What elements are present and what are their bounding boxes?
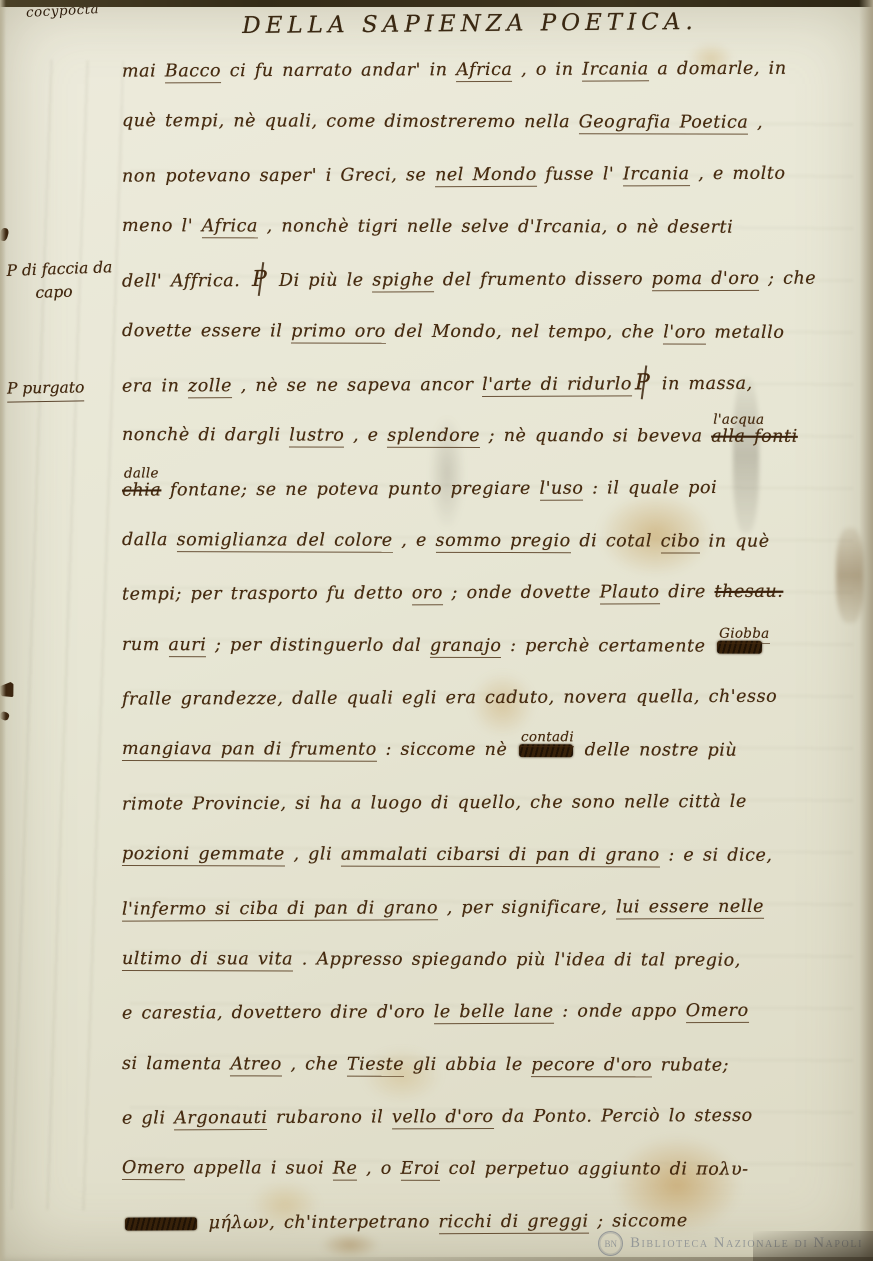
text-segment: alla fontil'acqua xyxy=(711,427,798,447)
text-segment: gli abbia le xyxy=(404,1054,531,1074)
manuscript-line: dovette essere il primo oro del Mondo, n… xyxy=(122,305,859,359)
text-segment: nonchè di dargli xyxy=(122,425,289,445)
page-edge-top xyxy=(0,0,873,7)
manuscript-line: pozioni gemmate , gli ammalati cibarsi d… xyxy=(122,828,859,882)
text-segment: non potevano saper' i Greci, se xyxy=(122,165,435,186)
text-segment: nel Mondo xyxy=(435,164,537,186)
text-segment: fusse l' xyxy=(537,164,623,184)
text-segment: : perchè certamente xyxy=(501,636,714,657)
text-segment: lui essere nelle xyxy=(616,896,764,919)
text-segment: a domarle, in xyxy=(649,59,787,80)
text-segment: , e molto xyxy=(690,163,786,183)
text-segment: Re xyxy=(333,1159,358,1181)
paragraph-mark: P xyxy=(632,357,654,409)
text-segment: tempi; per trasporto fu detto xyxy=(122,584,412,605)
text-segment: splendore xyxy=(387,426,480,448)
text-segment: Atreo xyxy=(230,1054,281,1076)
manuscript-line: mangiava pan di frumento : siccome nè co… xyxy=(122,724,859,778)
text-segment: dire xyxy=(660,582,715,602)
text-segment: l'uso xyxy=(539,478,583,500)
manuscript-line: nonchè di dargli lustro , e splendore ; … xyxy=(122,409,859,463)
text-segment: pecore d'oro xyxy=(531,1055,652,1077)
manuscript-line: mai Bacco ci fu narrato andar' in Africa… xyxy=(122,42,859,98)
margin-note-line: P purgato xyxy=(7,376,85,403)
text-segment: primo oro xyxy=(291,321,386,343)
page-corner-shadow xyxy=(753,1231,873,1261)
text-segment: Di più le xyxy=(270,271,372,291)
text-segment: meno l' xyxy=(122,216,202,236)
text-segment: sommo pregio xyxy=(436,531,571,553)
text-segment: . Appresso spiegando più l'idea di tal p… xyxy=(293,949,741,970)
margin-note-line: capo xyxy=(7,279,114,306)
bleedthrough-margin xyxy=(0,59,124,1211)
text-segment: : onde appo xyxy=(554,1001,686,1022)
manuscript-line: dell' Affrica. P Di più le spighe del fr… xyxy=(122,252,859,308)
text-segment: Eroi xyxy=(400,1159,440,1181)
text-segment: lustro xyxy=(289,426,344,448)
manuscript-line: dalla somiglianza del colore , e sommo p… xyxy=(122,514,859,568)
text-segment: Argonauti xyxy=(174,1108,267,1130)
text-segment: fralle grandezze, dalle quali egli era c… xyxy=(122,687,777,710)
library-logo-icon: BN xyxy=(598,1231,623,1256)
text-segment: e gli xyxy=(122,1108,174,1128)
manuscript-line: fralle grandezze, dalle quali egli era c… xyxy=(122,671,859,727)
text-segment: , per significare, xyxy=(438,897,616,918)
text-segment: mangiava pan di frumento xyxy=(122,740,377,763)
text-segment: Bacco xyxy=(165,61,221,83)
text-segment: ; per distinguerlo dal xyxy=(206,635,430,656)
text-segment: era in xyxy=(122,376,188,396)
interline-insertion: contadi xyxy=(521,732,574,748)
text-segment: , che xyxy=(282,1054,347,1074)
text-segment: ammalati cibarsi di pan di grano xyxy=(341,845,660,868)
text-segment: Tieste xyxy=(347,1054,404,1076)
manuscript-line: ultimo di sua vita . Appresso spiegando … xyxy=(122,933,859,987)
text-segment: Geografia Poetica xyxy=(579,113,749,135)
text-segment: chiadalle xyxy=(122,480,161,500)
text-segment: auri xyxy=(168,635,206,657)
manuscript-line: si lamenta Atreo , che Tieste gli abbia … xyxy=(122,1038,859,1092)
text-segment: del Mondo, nel tempo, che xyxy=(386,321,663,342)
text-segment: poma d'oro xyxy=(652,269,760,291)
text-segment: : e si dice, xyxy=(660,846,773,866)
text-segment: , e xyxy=(393,531,436,551)
page-edge-left xyxy=(0,0,6,1261)
text-segment: dell' Affrica. xyxy=(122,271,249,292)
paragraph-mark: P xyxy=(249,254,271,306)
manuscript-line: chiadalle fontane; se ne poteva punto pr… xyxy=(122,461,859,517)
text-segment: Africa xyxy=(202,216,258,238)
text-segment: col perpetuo aggiunto di πολυ- xyxy=(440,1159,749,1180)
text-segment: ; che xyxy=(759,269,816,289)
text-segment: Ircania xyxy=(582,59,649,81)
text-segment: ultimo di sua vita xyxy=(122,949,293,971)
logo-monogram: BN xyxy=(604,1239,617,1249)
text-segment: rum xyxy=(122,635,169,655)
text-segment: delle nostre più xyxy=(576,741,737,761)
text-segment: ci fu narrato andar' in xyxy=(221,60,456,81)
obliterated-word: Giobba xyxy=(717,640,762,653)
text-segment: somiglianza del colore xyxy=(177,530,393,553)
manuscript-text: mai Bacco ci fu narrato andar' in Africa… xyxy=(122,44,859,1248)
interline-insertion: dalle xyxy=(124,467,159,481)
text-segment: rubate; xyxy=(652,1055,729,1075)
obliterated-word: contadi xyxy=(519,745,573,758)
text-segment: , o in xyxy=(512,60,582,80)
text-segment: ricchi di greggi xyxy=(438,1211,588,1234)
text-segment: ; siccome xyxy=(589,1211,688,1231)
text-segment: , e xyxy=(344,426,387,446)
text-segment: in què xyxy=(700,532,770,552)
manuscript-page: cocypocta DELLA SAPIENZA POETICA. P di f… xyxy=(0,0,873,1261)
text-segment: : il quale poi xyxy=(583,478,717,499)
text-segment: oro xyxy=(412,584,443,606)
margin-note: P di faccia dacapo xyxy=(6,256,113,306)
text-segment: fontane; se ne poteva punto pregiare xyxy=(161,479,539,501)
manuscript-line: meno l' Africa , nonchè tigri nelle selv… xyxy=(122,200,859,254)
manuscript-line: l'infermo si ciba di pan di grano , per … xyxy=(122,880,859,936)
manuscript-line: era in zolle , nè se ne sapeva ancor l'a… xyxy=(122,356,859,412)
interline-insertion: Giobba xyxy=(719,627,769,643)
text-segment: , xyxy=(748,113,763,133)
interline-insertion: l'acqua xyxy=(713,414,764,428)
manuscript-line: non potevano saper' i Greci, se nel Mond… xyxy=(122,147,859,203)
page-title: DELLA SAPIENZA POETICA. xyxy=(150,8,790,40)
text-segment: dovette essere il xyxy=(122,321,291,341)
text-segment: del frumento dissero xyxy=(434,270,652,291)
margin-note-line: P di faccia da xyxy=(6,256,113,283)
text-segment: rimote Provincie, si ha a luogo di quell… xyxy=(122,792,747,815)
text-segment: μήλων, ch'interpetrano xyxy=(200,1212,439,1233)
page-edge-right xyxy=(859,0,873,1261)
manuscript-line: Omero appella i suoi Re , o Eroi col per… xyxy=(122,1142,859,1196)
text-segment: Omero xyxy=(686,1001,749,1023)
text-segment: ; onde dovette xyxy=(443,583,600,604)
manuscript-line: rum auri ; per distinguerlo dal granajo … xyxy=(122,619,859,673)
text-segment: Ircania xyxy=(623,164,690,186)
manuscript-line: tempi; per trasporto fu detto oro ; onde… xyxy=(122,566,859,622)
text-segment: zolle xyxy=(188,376,232,398)
text-segment: Africa xyxy=(456,60,512,82)
text-segment: l'arte di ridurlo xyxy=(482,374,632,397)
text-segment: spighe xyxy=(372,271,434,293)
text-segment: di cotal xyxy=(571,531,661,551)
text-segment: l'oro xyxy=(663,322,706,344)
text-segment: si lamenta xyxy=(122,1054,231,1074)
text-segment: in massa, xyxy=(653,374,753,394)
text-segment: rubarono il xyxy=(267,1107,392,1128)
text-segment: : siccome nè xyxy=(377,740,516,760)
text-segment: l'infermo si ciba di pan di grano xyxy=(122,898,438,921)
text-segment: mai xyxy=(122,61,165,81)
text-segment: granajo xyxy=(430,636,502,658)
manuscript-line: e gli Argonauti rubarono il vello d'oro … xyxy=(122,1089,859,1145)
text-segment: ; nè quando si beveva xyxy=(480,426,711,447)
text-segment: , nonchè tigri nelle selve d'Ircania, o … xyxy=(258,216,733,237)
text-segment: dalla xyxy=(122,530,177,550)
text-segment: què tempi, nè quali, come dimostreremo n… xyxy=(122,111,579,132)
manuscript-line: rimote Provincie, si ha a luogo di quell… xyxy=(122,775,859,831)
text-segment: , gli xyxy=(285,845,341,865)
obliterated-word xyxy=(125,1217,197,1230)
text-segment: thesau. xyxy=(714,582,783,602)
text-segment: le belle lane xyxy=(434,1002,554,1025)
text-segment: , nè se ne sapeva ancor xyxy=(232,375,482,396)
manuscript-line: què tempi, nè quali, come dimostreremo n… xyxy=(122,95,859,149)
text-segment: Omero xyxy=(122,1158,185,1180)
text-segment: pozioni gemmate xyxy=(122,844,285,866)
text-segment: metallo xyxy=(706,322,785,342)
text-segment: appella i suoi xyxy=(185,1158,333,1178)
text-segment: e carestia, dovettero dire d'oro xyxy=(122,1002,434,1023)
text-segment: Plauto xyxy=(600,583,660,605)
text-segment: cibo xyxy=(661,532,700,554)
margin-note: P purgato xyxy=(7,376,85,403)
text-segment: vello d'oro xyxy=(392,1107,494,1129)
text-segment: , o xyxy=(357,1159,400,1179)
manuscript-line: e carestia, dovettero dire d'oro le bell… xyxy=(122,985,859,1041)
text-segment: da Ponto. Perciò lo stesso xyxy=(494,1106,753,1127)
